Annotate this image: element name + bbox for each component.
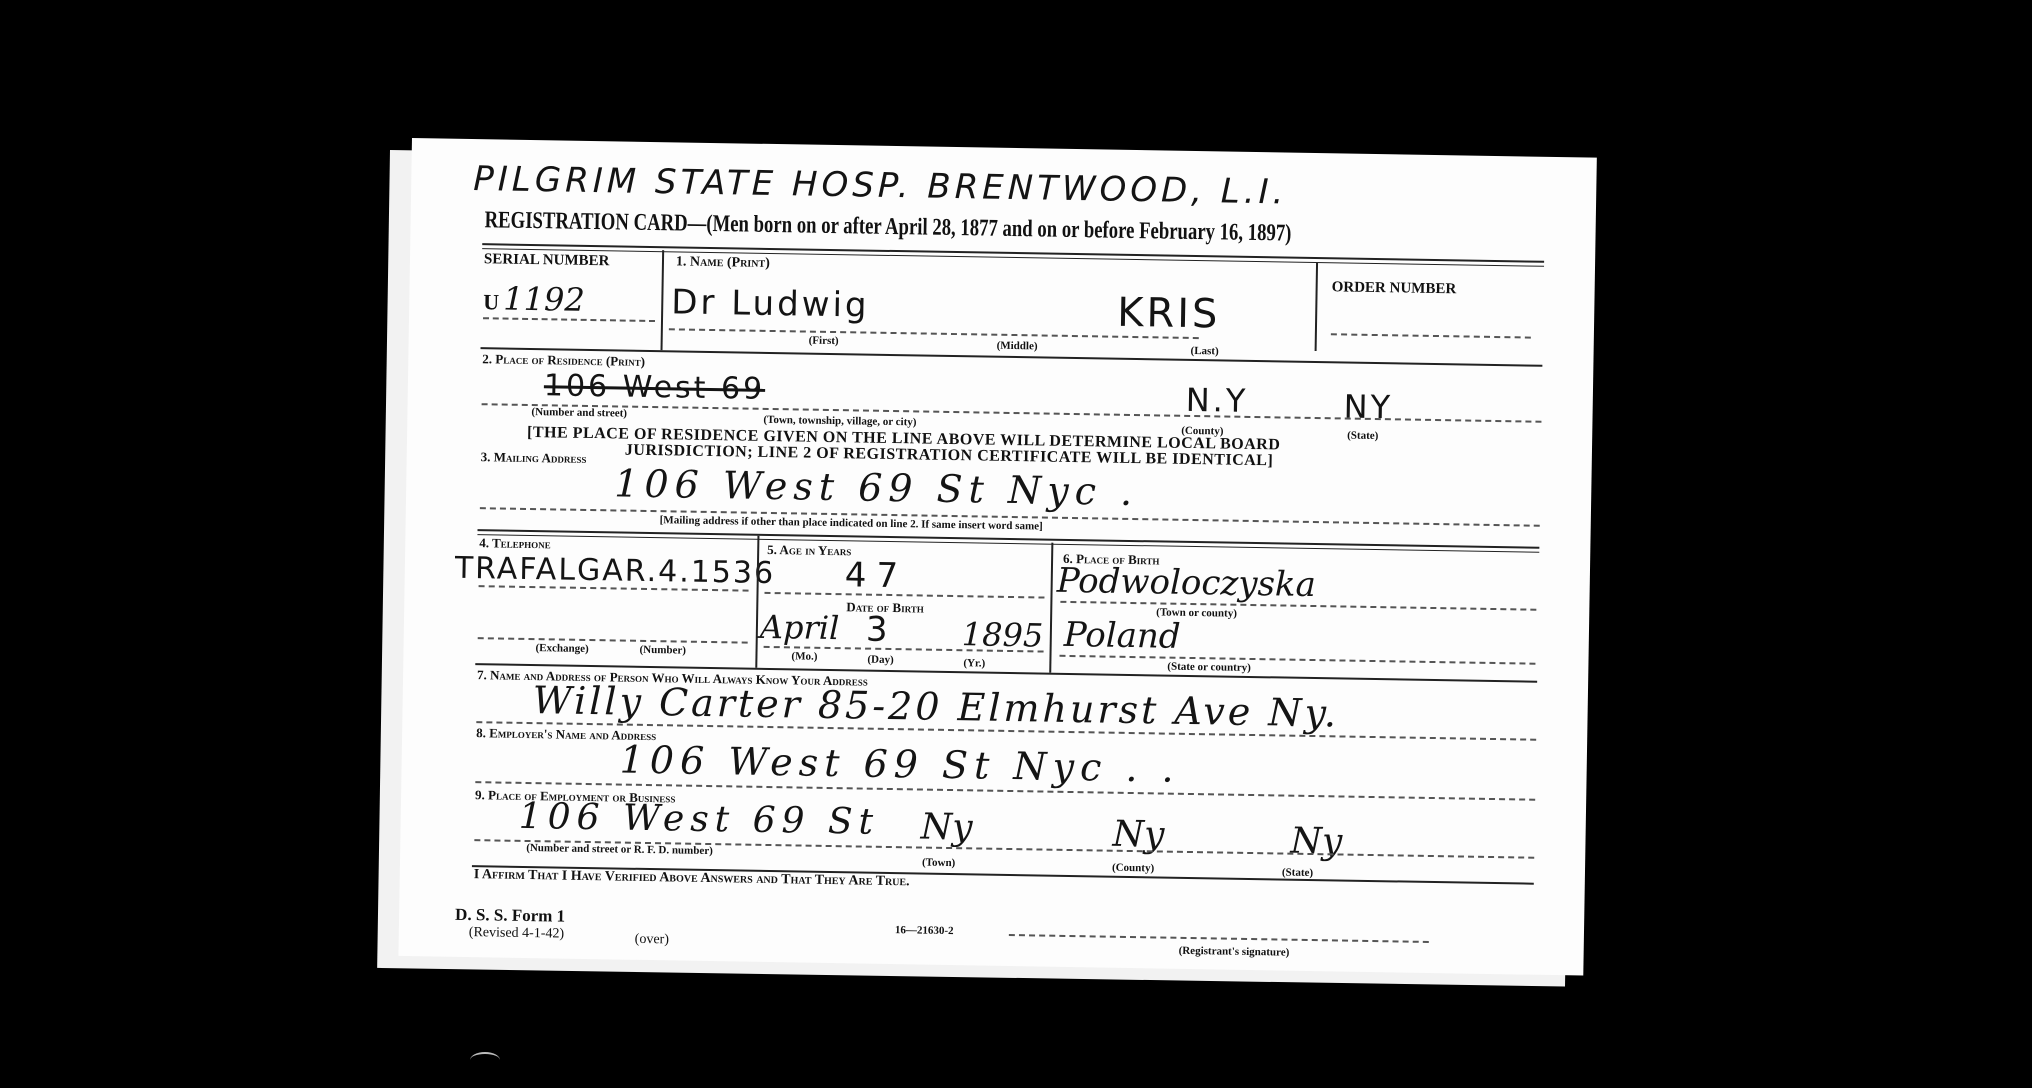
form-name: D. S. S. Form 1 xyxy=(455,905,565,927)
age-label: 5. Age in Years xyxy=(767,542,851,559)
caption-month: (Mo.) xyxy=(791,650,817,662)
scan-artifact xyxy=(470,1052,500,1060)
serial-number-prefix: U xyxy=(483,289,499,315)
caption-first: (First) xyxy=(809,335,839,347)
caption-day: (Day) xyxy=(867,654,893,666)
order-number-label: ORDER NUMBER xyxy=(1332,279,1457,298)
divider-name-order xyxy=(1315,263,1318,351)
birth-town-value: Podwoloczyska xyxy=(1056,561,1316,605)
employment-street-value: 106 West 69 St xyxy=(518,796,879,843)
caption-last: (Last) xyxy=(1190,345,1218,357)
rule-title xyxy=(482,243,1544,267)
print-code: 16—21630-2 xyxy=(895,924,954,937)
divider-serial-name xyxy=(661,250,665,350)
caption-birth-country: (State or country) xyxy=(1167,661,1251,674)
form-revised: (Revised 4-1-42) xyxy=(469,925,565,943)
caption-employment-town: (Town) xyxy=(922,857,955,870)
employer-value: 106 West 69 St Nyc . . xyxy=(619,738,1180,791)
card-title-subtitle: (Men born on or after April 28, 1877 and… xyxy=(706,211,1291,247)
employment-state-value: Ny xyxy=(1290,821,1343,863)
handwritten-header: PILGRIM STATE HOSP. BRENTWOOD, L.I. xyxy=(473,159,1288,212)
serial-number-line xyxy=(483,317,655,322)
card-title: REGISTRATION CARD—(Men born on or after … xyxy=(484,207,1291,247)
birth-month-value: April xyxy=(760,608,840,647)
signature-line xyxy=(1009,934,1429,943)
serial-number-value: 1192 xyxy=(503,280,585,319)
card-title-main: REGISTRATION CARD— xyxy=(484,207,706,237)
telephone-line2 xyxy=(478,637,748,643)
mailing-address-value: 106 West 69 St Nyc . xyxy=(614,461,1139,514)
caption-town: (Town, township, village, or city) xyxy=(763,414,916,429)
caption-exchange: (Exchange) xyxy=(535,642,588,655)
birth-country-value: Poland xyxy=(1064,615,1181,657)
birth-day-value: 3 xyxy=(866,610,891,650)
caption-year: (Yr.) xyxy=(963,657,985,669)
employment-town-value: Ny xyxy=(920,807,973,849)
name-first-value: Dr Ludwig xyxy=(671,282,870,325)
caption-telephone-number: (Number) xyxy=(639,644,686,657)
birth-country-line xyxy=(1059,655,1535,665)
residence-state-value: NY xyxy=(1343,387,1393,426)
over-note: (over) xyxy=(635,932,669,949)
caption-middle: (Middle) xyxy=(997,340,1038,353)
name-label: 1. Name (Print) xyxy=(676,254,770,272)
divider-age-birthplace xyxy=(1049,543,1053,673)
registration-card: PILGRIM STATE HOSP. BRENTWOOD, L.I. REGI… xyxy=(398,138,1596,976)
serial-number-label: SERIAL NUMBER xyxy=(484,251,610,270)
caption-state: (State) xyxy=(1347,430,1378,443)
caption-employment-street: (Number and street or R. F. D. number) xyxy=(526,842,713,857)
mailing-address-label: 3. Mailing Address xyxy=(481,449,587,467)
contact-person-value: Willy Carter 85-20 Elmhurst Ave Ny. xyxy=(532,678,1339,735)
residence-label: 2. Place of Residence (Print) xyxy=(482,351,645,370)
rule-row3 xyxy=(477,529,1539,553)
caption-number-street: (Number and street) xyxy=(531,406,627,420)
caption-employment-state: (State) xyxy=(1282,867,1313,880)
telephone-label: 4. Telephone xyxy=(479,535,551,552)
order-number-line xyxy=(1331,333,1531,338)
caption-employment-county: (County) xyxy=(1112,862,1154,875)
name-last-value: KRIS xyxy=(1117,290,1221,338)
age-value: 47 xyxy=(844,555,908,596)
signature-caption: (Registrant's signature) xyxy=(1179,945,1290,959)
residence-street-value: 106 West 69 xyxy=(544,368,766,407)
